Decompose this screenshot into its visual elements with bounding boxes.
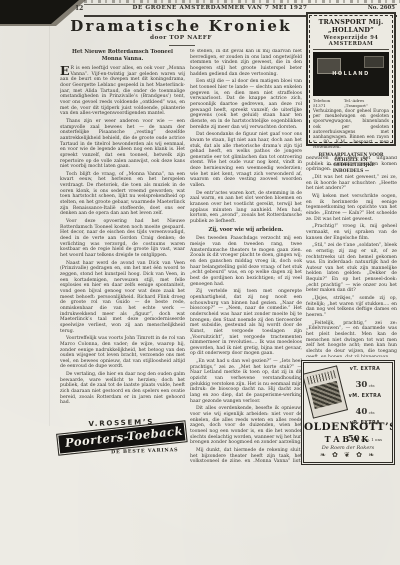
article-column-1: Het Nieuwe Rotterdamsch Tooneel Monna Va…	[60, 49, 185, 415]
subheading-line-2: Monna Vanna.	[60, 56, 185, 63]
paragraph: Een stijl die — al door den matigen bloe…	[190, 79, 302, 130]
newspaper-page: 12 DE GROENE AMSTERDAMMER VAN 7 MEI 1927…	[0, 0, 400, 565]
article-title: Dramatische Kroniek	[60, 17, 302, 35]
price-amount: 30	[355, 380, 367, 390]
paragraph: Wij keken met verschrikte oogen, en ik h…	[306, 194, 397, 222]
price-row: vM. EXTRA 40 cts	[341, 393, 389, 420]
paragraph: De vertaling, die hier en daar nog den o…	[60, 372, 185, 406]
lead-paragraph-text: R is een leeftijd voor alles, en ook voo…	[60, 66, 185, 116]
paragraph: Voor deze opvoering had het Nieuwe Rotte…	[60, 219, 185, 259]
article-column-3: bezwaren die met het uitgaand publiek in…	[306, 156, 397, 357]
article-column-2: te stellen, in dit geval kan ik mij daar…	[190, 49, 302, 462]
van-brand-label: HOLLAND	[313, 71, 389, 77]
paragraph: Zij vertelde mij toen met ongerepte open…	[190, 289, 302, 357]
oldenkott-product-name: TABAK	[304, 434, 392, 444]
laurel-decoration: ❧ ✿ ❦ ✿ ❧	[304, 451, 392, 459]
telegram-address: Tel.-Adres „Transport”	[344, 98, 389, 108]
phone-number: Telefoon 51371	[313, 98, 344, 108]
paragraph: De entr’actes waren kort, de stemming in…	[190, 191, 302, 225]
article-subheading: Het Nieuwe Rotterdamsch Tooneel Monna Va…	[60, 49, 185, 62]
lead-paragraph: ER is een leeftijd voor alles, en ook vo…	[60, 66, 185, 117]
paragraph: Voortreffelijk was voorts John Timrott i…	[60, 336, 185, 370]
price-row: vT. EXTRA 30 cts	[341, 366, 389, 393]
column-2-paragraphs: te stellen, in dit geval kan ik mij daar…	[190, 49, 302, 462]
paragraph: „Feitelijk, prachtig,” zei ze: „Edelvrou…	[306, 321, 397, 357]
transport-ad-body: Verhuizingen, door geheel Europa per meu…	[313, 109, 389, 151]
price-value: 30 cts	[355, 372, 374, 391]
paragraph: Dit alles overdenkende, besefte ik opnie…	[190, 406, 302, 446]
scan-edge-noise	[84, 0, 400, 3]
paragraph: Dat desondanks de figuur niet gaaf voor …	[190, 132, 302, 189]
paragraph: Des tweeden Paaschdags verzocht mij een …	[190, 236, 302, 287]
paragraph: te stellen, in dit geval kan ik mij daar…	[190, 49, 302, 77]
paragraph: Zij, voor wie wij arbeiden.	[190, 228, 302, 234]
price-amount: 40	[355, 407, 367, 417]
package-illustration	[309, 381, 341, 409]
paragraph: „IJsjes, strikjes,” somde zij op, feitel…	[306, 296, 397, 319]
masthead: DE GROENE AMSTERDAMMER VAN 7 MEI 1927	[100, 5, 340, 11]
transport-ad-address: Weesperzijde 94 AMSTERDAM	[313, 35, 389, 50]
page-number: 12	[75, 5, 83, 12]
issue-number: No. 2605	[368, 5, 395, 11]
moving-van-icon	[364, 56, 384, 68]
moving-van-photo: HOLLAND	[313, 52, 389, 96]
transport-ad: TRANSPORT Mij. „HOLLAND” Weesperzijde 94…	[306, 12, 396, 146]
oldenkott-brand-name: OLDENKOTT’S	[304, 421, 392, 433]
paragraph: Mij dunkt, dat hiermede de rekening slui…	[190, 448, 302, 462]
paper-crease	[49, 26, 50, 426]
price-unit: cts	[367, 383, 374, 388]
price-value: 40 cts	[355, 399, 374, 418]
paragraph: „Dit was het niet geweest,” zei ze, en i…	[306, 175, 397, 192]
transport-ad-frame: TRANSPORT Mij. „HOLLAND” Weesperzijde 94…	[309, 15, 393, 143]
column-3-paragraphs: bezwaren die met het uitgaand publiek in…	[306, 156, 397, 357]
rossem-tobacco-ad: V.ROSSEM’S Poorters-Toeback DE BESTE VAR…	[57, 417, 186, 466]
drop-cap: E	[60, 66, 71, 76]
oldenkott-tobacco-ad: vT. EXTRA 30 cts vM. EXTRA 40 cts vP. EX…	[303, 362, 393, 463]
title-divider	[169, 45, 195, 46]
paragraph: bezwaren die met het uitgaand publiek in…	[306, 156, 397, 173]
article-byline: door TOP NAEFF	[60, 35, 302, 41]
paragraph: „Stil,” zei de t’ane „soldaten”, bleek e…	[306, 243, 397, 294]
paragraph: Toch blijft de vraag, of „Monna Vanna”, …	[60, 172, 185, 217]
paragraph: Thans zijn er weer anderen voor wie — ee…	[60, 119, 185, 170]
column-1-paragraphs: Thans zijn er weer anderen voor wie — ee…	[60, 119, 185, 406]
subheading-line-1: Het Nieuwe Rotterdamsch Tooneel	[60, 49, 185, 56]
paragraph: „En wat had u dan wel gezien?” — „Iets h…	[190, 359, 302, 404]
transport-ad-contact: Telefoon 51371 Tel.-Adres „Transport”	[313, 98, 389, 108]
transport-ad-title: TRANSPORT Mij. „HOLLAND”	[313, 18, 389, 34]
paragraph: „Prachtig!” vroeg ik, mij geheel vermaak…	[306, 224, 397, 241]
paragraph: Naast haar werd de avond van Dick van Ve…	[60, 261, 185, 335]
price-unit: cts	[367, 410, 374, 415]
